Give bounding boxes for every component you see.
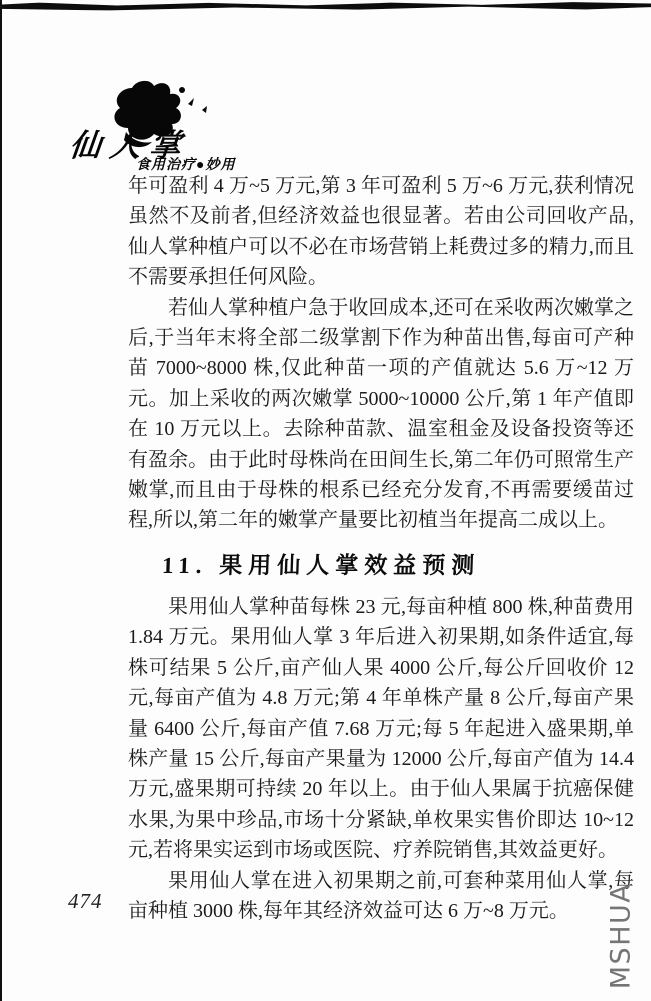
article-text-block: 年可盈利 4 万~5 万元,第 3 年可盈利 5 万~6 万元,获利情况虽然不及… bbox=[128, 171, 634, 926]
scanned-book-page: 仙人掌 食用治疗●妙用 年可盈利 4 万~5 万元,第 3 年可盈利 5 万~6… bbox=[0, 0, 651, 1001]
paragraph-4: 果用仙人掌在进入初果期之前,可套种菜用仙人掌,每亩种植 3000 株,每年其经济… bbox=[128, 866, 634, 927]
watermark-text: MSHUA bbox=[606, 883, 637, 989]
paragraph-2: 若仙人掌种植户急于收回成本,还可在采收两次嫩掌之后,于当年末将全部二级掌割下作为… bbox=[128, 293, 634, 536]
book-logo: 仙人掌 食用治疗●妙用 bbox=[70, 80, 260, 175]
scan-top-edge-artifact bbox=[0, 1, 651, 10]
paragraph-3: 果用仙人掌种苗每株 23 元,每亩种植 800 株,种苗费用 1.84 万元。果… bbox=[128, 592, 634, 866]
page-number: 474 bbox=[68, 889, 103, 914]
paragraph-continued: 年可盈利 4 万~5 万元,第 3 年可盈利 5 万~6 万元,获利情况虽然不及… bbox=[128, 171, 634, 293]
scan-left-edge-artifact bbox=[0, 0, 2, 1001]
section-heading: 11. 果用仙人掌效益预测 bbox=[161, 551, 634, 581]
